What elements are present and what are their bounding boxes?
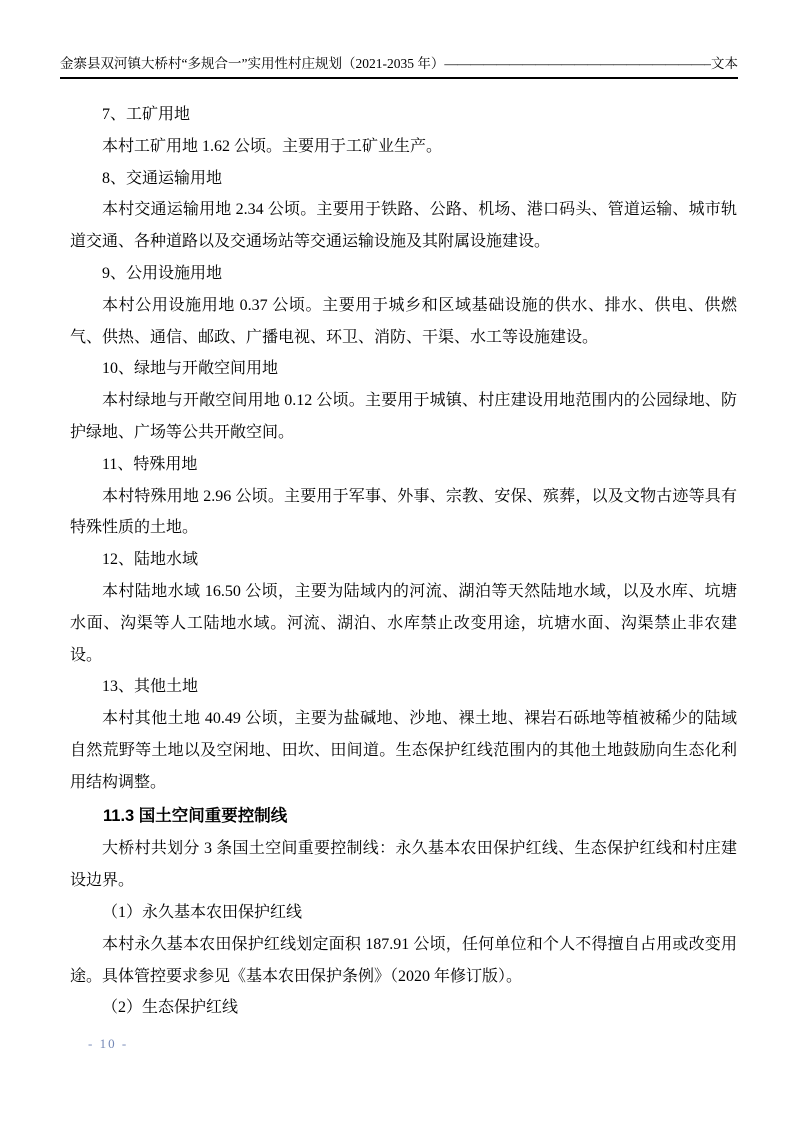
subhead-green-space-land: 10、绿地与开敞空间用地 — [70, 353, 737, 385]
subhead-other-land: 13、其他土地 — [70, 671, 737, 703]
para-control-lines-intro: 大桥村共划分 3 条国土空间重要控制线：永久基本农田保护红线、生态保护红线和村庄… — [70, 833, 737, 897]
subhead-farmland-redline: （1）永久基本农田保护红线 — [70, 897, 737, 929]
header-dash-line: ———————————————————————— — [444, 54, 711, 74]
subhead-ecological-redline: （2）生态保护红线 — [70, 992, 737, 1024]
para-utility-land: 本村公用设施用地 0.37 公顷。主要用于城乡和区域基础设施的供水、排水、供电、… — [70, 290, 737, 354]
document-page: 金寨县双河镇大桥村“多规合一”实用性村庄规划（2021-2035 年） ————… — [0, 0, 793, 1122]
document-body: 7、工矿用地 本村工矿用地 1.62 公顷。主要用于工矿业生产。 8、交通运输用… — [70, 99, 737, 1024]
page-number: - 10 - — [88, 1036, 128, 1052]
para-farmland-redline: 本村永久基本农田保护红线划定面积 187.91 公顷，任何单位和个人不得擅自占用… — [70, 929, 737, 993]
subhead-utility-land: 9、公用设施用地 — [70, 258, 737, 290]
para-transport-land: 本村交通运输用地 2.34 公顷。主要用于铁路、公路、机场、港口码头、管道运输、… — [70, 194, 737, 258]
section-heading-11-3: 11.3 国土空间重要控制线 — [70, 801, 737, 833]
document-title: 金寨县双河镇大桥村“多规合一”实用性村庄规划（2021-2035 年） — [60, 54, 444, 74]
document-type-label: 文本 — [711, 54, 738, 74]
para-other-land: 本村其他土地 40.49 公顷，主要为盐碱地、沙地、裸土地、裸岩石砾地等植被稀少… — [70, 703, 737, 798]
para-mining-land: 本村工矿用地 1.62 公顷。主要用于工矿业生产。 — [70, 131, 737, 163]
para-green-space-land: 本村绿地与开敞空间用地 0.12 公顷。主要用于城镇、村庄建设用地范围内的公园绿… — [70, 385, 737, 449]
subhead-transport-land: 8、交通运输用地 — [70, 163, 737, 195]
para-special-land: 本村特殊用地 2.96 公顷。主要用于军事、外事、宗教、安保、殡葬，以及文物古迹… — [70, 481, 737, 545]
para-inland-water: 本村陆地水域 16.50 公顷，主要为陆域内的河流、湖泊等天然陆地水域，以及水库… — [70, 576, 737, 671]
page-header: 金寨县双河镇大桥村“多规合一”实用性村庄规划（2021-2035 年） ————… — [60, 54, 738, 79]
subhead-inland-water: 12、陆地水域 — [70, 544, 737, 576]
subhead-mining-land: 7、工矿用地 — [70, 99, 737, 131]
subhead-special-land: 11、特殊用地 — [70, 449, 737, 481]
